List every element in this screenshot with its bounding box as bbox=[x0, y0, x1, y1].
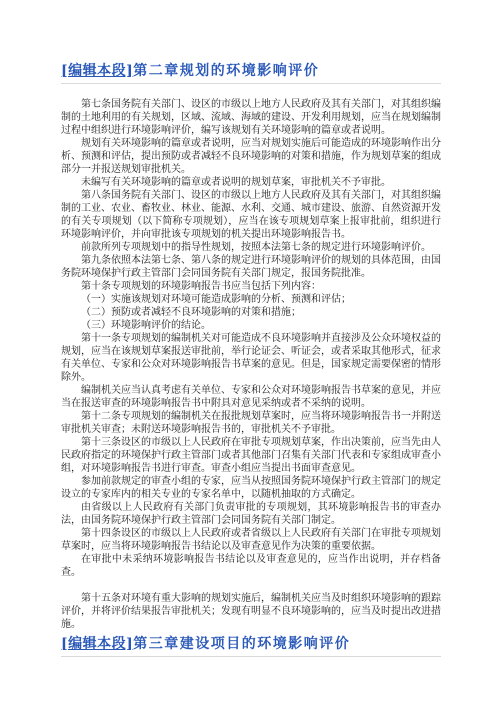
edit-section-link[interactable]: [编辑本段] bbox=[61, 63, 133, 79]
paragraph-article13: 第十三条设区的市级以上人民政府在审批专项规划草案，作出决策前，应当先由人民政府指… bbox=[61, 436, 441, 475]
chapter2-body: 第七条国务院有关部门、设区的市级以上地方人民政府及其有关部门，对其组织编制的土地… bbox=[61, 98, 441, 631]
paragraph-article7-2: 规划有关环境影响的篇章或者说明，应当对规划实施后可能造成的环境影响作出分析、预测… bbox=[61, 137, 441, 176]
document-content: [编辑本段]第二章规划的环境影响评价 第七条国务院有关部门、设区的市级以上地方人… bbox=[61, 63, 441, 657]
paragraph-article10: 第十条专项规划的环境影响报告书应当包括下列内容： bbox=[61, 280, 441, 293]
paragraph-article7: 第七条国务院有关部门、设区的市级以上地方人民政府及其有关部门，对其组织编制的土地… bbox=[61, 98, 441, 137]
paragraph-article14: 第十四条设区的市级以上人民政府或者省级以上人民政府有关部门在审批专项规划草案时，… bbox=[61, 527, 441, 553]
paragraph-article14-2: 在审批中未采纳环境影响报告书结论以及审查意见的，应当作出说明，并存档备查。 bbox=[61, 553, 441, 579]
paragraph-article10-item2: （二）预防或者减轻不良环境影响的对策和措施； bbox=[61, 306, 441, 319]
paragraph-article12: 第十二条专项规划的编制机关在报批规划草案时，应当将环境影响报告书一并附送审批机关… bbox=[61, 410, 441, 436]
paragraph-article7-3: 未编写有关环境影响的篇章或者说明的规划草案，审批机关不予审批。 bbox=[61, 176, 441, 189]
paragraph-article10-item1: （一）实施该规划对环境可能造成影响的分析、预测和评估； bbox=[61, 293, 441, 306]
paragraph-article15: 第十五条对环境有重大影响的规划实施后，编制机关应当及时组织环境影响的跟踪评价，并… bbox=[61, 592, 441, 631]
paragraph-article8-2: 前款所列专项规划中的指导性规划，按照本法第七条的规定进行环境影响评价。 bbox=[61, 241, 441, 254]
edit-section-link[interactable]: [编辑本段] bbox=[61, 636, 133, 652]
chapter2-title: 第二章规划的环境影响评价 bbox=[133, 63, 319, 79]
paragraph-article11: 第十一条专项规划的编制机关对可能造成不良环境影响并直接涉及公众环境权益的规划，应… bbox=[61, 332, 441, 384]
paragraph-article13-2: 参加前款规定的审查小组的专家，应当从按照国务院环境保护行政主管部门的规定设立的专… bbox=[61, 475, 441, 501]
paragraph-article8: 第八条国务院有关部门、设区的市级以上地方人民政府及其有关部门，对其组织编制的工业… bbox=[61, 189, 441, 241]
document-page: [编辑本段]第二章规划的环境影响评价 第七条国务院有关部门、设区的市级以上地方人… bbox=[0, 0, 500, 707]
paragraph-article9: 第九条依照本法第七条、第八条的规定进行环境影响评价的规划的具体范围，由国务院环境… bbox=[61, 254, 441, 280]
paragraph-article10-item3: （三）环境影响评价的结论。 bbox=[61, 319, 441, 332]
section-heading-chapter2: [编辑本段]第二章规划的环境影响评价 bbox=[61, 63, 441, 84]
chapter3-title: 第三章建设项目的环境影响评价 bbox=[133, 636, 350, 652]
section-heading-chapter3: [编辑本段]第三章建设项目的环境影响评价 bbox=[61, 636, 441, 657]
paragraph-article11-2: 编制机关应当认真考虑有关单位、专家和公众对环境影响报告书草案的意见，并应当在报送… bbox=[61, 384, 441, 410]
paragraph-article13-3: 由省级以上人民政府有关部门负责审批的专项规划，其环境影响报告书的审查办法，由国务… bbox=[61, 501, 441, 527]
